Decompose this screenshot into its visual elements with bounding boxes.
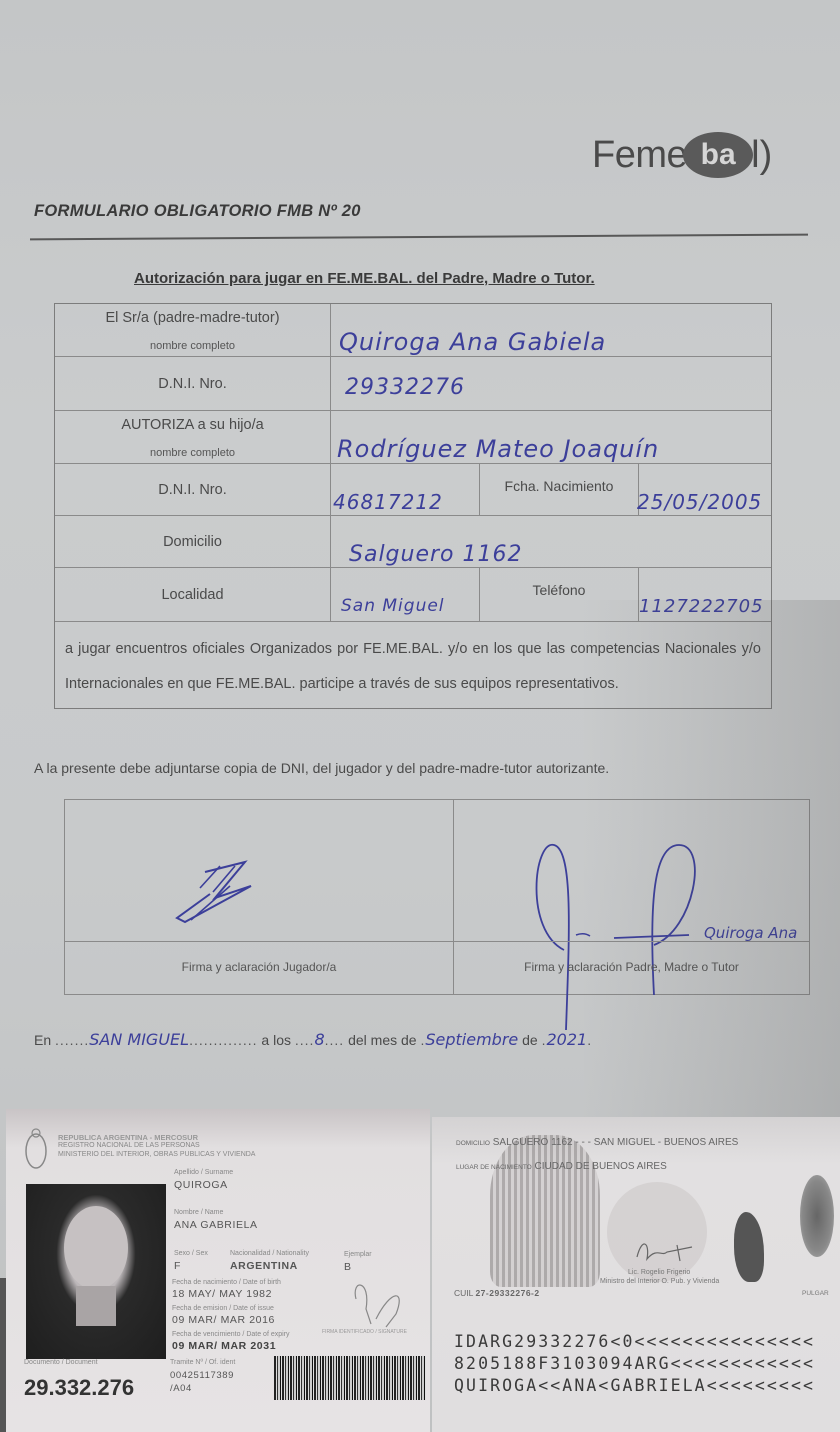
dni-label: D.N.I. Nro. xyxy=(158,376,226,392)
signature-box: Firma y aclaración Jugador/a Quiroga Ana… xyxy=(64,799,810,995)
year-field[interactable]: 2021 xyxy=(547,1030,588,1049)
parent-signature-icon xyxy=(454,800,840,1040)
player-signature-line xyxy=(65,941,453,942)
id-header-1: REPUBLICA ARGENTINA - MERCOSUR xyxy=(58,1133,198,1142)
mrz-line-1: IDARG29332276<0<<<<<<<<<<<<<<< xyxy=(454,1331,815,1353)
child-name-field[interactable]: Rodríguez Mateo Joaquín xyxy=(337,435,659,463)
cuil-label: CUIL xyxy=(454,1288,473,1298)
authorization-paragraph: a jugar encuentros oficiales Organizados… xyxy=(55,622,771,708)
back-address: DOMICILIO SALGUERO 1162 - - - SAN MIGUEL… xyxy=(456,1137,756,1149)
surname-value: QUIROGA xyxy=(174,1179,228,1191)
id-card-front: REPUBLICA ARGENTINA - MERCOSUR REGISTRO … xyxy=(6,1109,430,1432)
child-dni-field[interactable]: 46817212 xyxy=(333,490,443,514)
tramite-suffix: /A04 xyxy=(170,1383,192,1394)
id-header-2: REGISTRO NACIONAL DE LAS PERSONAS xyxy=(58,1142,200,1149)
attachment-note: A la presente debe adjuntarse copia de D… xyxy=(34,760,609,776)
place-field[interactable]: SAN MIGUEL xyxy=(89,1030,189,1049)
parent-signature-area[interactable]: Quiroga Ana Firma y aclaración Padre, Ma… xyxy=(454,800,809,994)
issue-label: Fecha de emision / Date of issue xyxy=(172,1305,274,1312)
sex-label: Sexo / Sex xyxy=(174,1250,208,1257)
player-signature-area[interactable]: Firma y aclaración Jugador/a xyxy=(65,800,454,994)
tramite-number: 00425117389 xyxy=(170,1370,234,1381)
parent-dni-field[interactable]: 29332276 xyxy=(345,375,465,400)
authorization-table: El Sr/a (padre-madre-tutor) nombre compl… xyxy=(54,303,772,709)
phone-label: Teléfono xyxy=(479,568,639,621)
coat-of-arms-icon xyxy=(24,1127,48,1171)
locality-label: Localidad xyxy=(161,587,223,603)
femebal-logo: Feme ba l) xyxy=(592,132,772,178)
ghost-photo xyxy=(490,1135,600,1287)
address-value: SALGUERO 1162 - - - SAN MIGUEL - BUENOS … xyxy=(493,1137,739,1148)
del-mes-label: del mes de xyxy=(348,1032,416,1048)
form-subtitle: Autorización para jugar en FE.ME.BAL. de… xyxy=(134,270,595,287)
address-label: DOMICILIO xyxy=(456,1140,490,1147)
nationality-label: Nacionalidad / Nationality xyxy=(230,1250,309,1257)
pdf417-barcode xyxy=(274,1356,426,1400)
id-photo xyxy=(26,1184,166,1359)
expiry-label: Fecha de vencimiento / Date of expiry xyxy=(172,1331,290,1338)
child-name-row: AUTORIZA a su hijo/a nombre completo Rod… xyxy=(55,411,771,464)
minister-signature-icon xyxy=(632,1237,702,1265)
title-divider xyxy=(30,234,808,241)
logo-badge: ba xyxy=(683,132,753,178)
parent-signed-name: Quiroga Ana xyxy=(704,924,797,942)
month-field[interactable]: Septiembre xyxy=(425,1030,518,1049)
logo-text: Feme xyxy=(592,134,687,177)
document-number: 29.332.276 xyxy=(24,1375,134,1401)
dob-label: Fecha de nacimiento / Date of birth xyxy=(172,1279,281,1286)
back-birthplace: LUGAR DE NACIMIENTO CIUDAD DE BUENOS AIR… xyxy=(456,1161,667,1172)
argentina-map-icon xyxy=(734,1212,764,1282)
name-value: ANA GABRIELA xyxy=(174,1219,258,1231)
logo-tail: l) xyxy=(751,134,772,177)
copy-label: Ejemplar xyxy=(344,1251,372,1258)
expiry-value: 09 MAR/ MAR 2031 xyxy=(172,1340,276,1352)
authorization-form: Feme ba l) FORMULARIO OBLIGATORIO FMB Nº… xyxy=(0,0,840,1105)
address-row: Domicilio Salguero 1162 xyxy=(55,516,771,568)
phone-field[interactable]: 1127222705 xyxy=(639,596,764,617)
form-title: FORMULARIO OBLIGATORIO FMB Nº 20 xyxy=(34,202,361,221)
parent-name-field[interactable]: Quiroga Ana Gabiela xyxy=(339,328,606,356)
de-label: de xyxy=(522,1032,538,1048)
child-dni-label: D.N.I. Nro. xyxy=(158,482,226,498)
parent-signature-caption: Firma y aclaración Padre, Madre o Tutor xyxy=(454,960,809,974)
mrz-line-2: 8205188F3103094ARG<<<<<<<<<<<< xyxy=(454,1353,815,1375)
sex-value: F xyxy=(174,1260,181,1272)
authorization-paragraph-row: a jugar encuentros oficiales Organizados… xyxy=(55,622,771,708)
thumb-label: PULGAR xyxy=(802,1290,829,1297)
parent-signature-line xyxy=(454,941,809,942)
holder-signature-icon xyxy=(346,1279,426,1334)
child-name-label: nombre completo xyxy=(150,447,235,459)
cuil-value: 27-29332276-2 xyxy=(475,1288,539,1298)
day-field[interactable]: 8 xyxy=(314,1030,324,1049)
holder-signature-caption: FIRMA IDENTIFICADO / SIGNATURE xyxy=(322,1329,407,1335)
parent-label: El Sr/a (padre-madre-tutor) xyxy=(105,310,279,326)
locality-row: Localidad San Miguel Teléfono 1127222705 xyxy=(55,568,771,622)
mrz-line-3: QUIROGA<<ANA<GABRIELA<<<<<<<<< xyxy=(454,1375,815,1397)
child-dni-row: D.N.I. Nro. 46817212 Fcha. Nacimiento 25… xyxy=(55,464,771,516)
address-label: Domicilio xyxy=(163,534,222,550)
issue-value: 09 MAR/ MAR 2016 xyxy=(172,1314,275,1326)
id-card-back: DOMICILIO SALGUERO 1162 - - - SAN MIGUEL… xyxy=(432,1117,840,1432)
full-name-label: nombre completo xyxy=(150,340,235,352)
birth-date-field[interactable]: 25/05/2005 xyxy=(637,490,762,514)
id-header-3: MINISTERIO DEL INTERIOR, OBRAS PUBLICAS … xyxy=(58,1151,255,1158)
birth-date-label: Fcha. Nacimiento xyxy=(479,464,639,515)
birthplace-value: CIUDAD DE BUENOS AIRES xyxy=(535,1161,667,1172)
dob-value: 18 MAY/ MAY 1982 xyxy=(172,1288,272,1300)
nationality-value: ARGENTINA xyxy=(230,1260,298,1272)
minister-name: Lic. Rogelio Frigerio xyxy=(628,1269,690,1276)
parent-dni-row: D.N.I. Nro. 29332276 xyxy=(55,357,771,411)
tramite-label: Tramite Nº / Of. ident xyxy=(170,1359,235,1366)
locality-field[interactable]: San Miguel xyxy=(341,596,445,616)
mrz-zone: IDARG29332276<0<<<<<<<<<<<<<<< 8205188F3… xyxy=(454,1331,815,1397)
security-seal xyxy=(607,1182,707,1282)
parent-name-row: El Sr/a (padre-madre-tutor) nombre compl… xyxy=(55,304,771,357)
document-label: Documento / Document xyxy=(24,1359,98,1366)
cuil: CUIL 27-29332276-2 xyxy=(454,1288,540,1298)
copy-value: B xyxy=(344,1261,352,1273)
minister-title: Ministro del Interior O. Pub. y Vivienda xyxy=(600,1278,719,1285)
thumbprint xyxy=(800,1175,834,1257)
authorizes-label: AUTORIZA a su hijo/a xyxy=(121,417,263,433)
surname-label: Apellido / Surname xyxy=(174,1169,233,1176)
date-prefix: En xyxy=(34,1032,51,1048)
player-signature-caption: Firma y aclaración Jugador/a xyxy=(65,960,453,974)
name-label: Nombre / Name xyxy=(174,1209,223,1216)
a-los-label: a los xyxy=(261,1032,291,1048)
birthplace-label: LUGAR DE NACIMIENTO xyxy=(456,1164,532,1171)
date-place-line: En .......SAN MIGUEL.............. a los… xyxy=(34,1030,592,1049)
address-field[interactable]: Salguero 1162 xyxy=(349,542,523,567)
